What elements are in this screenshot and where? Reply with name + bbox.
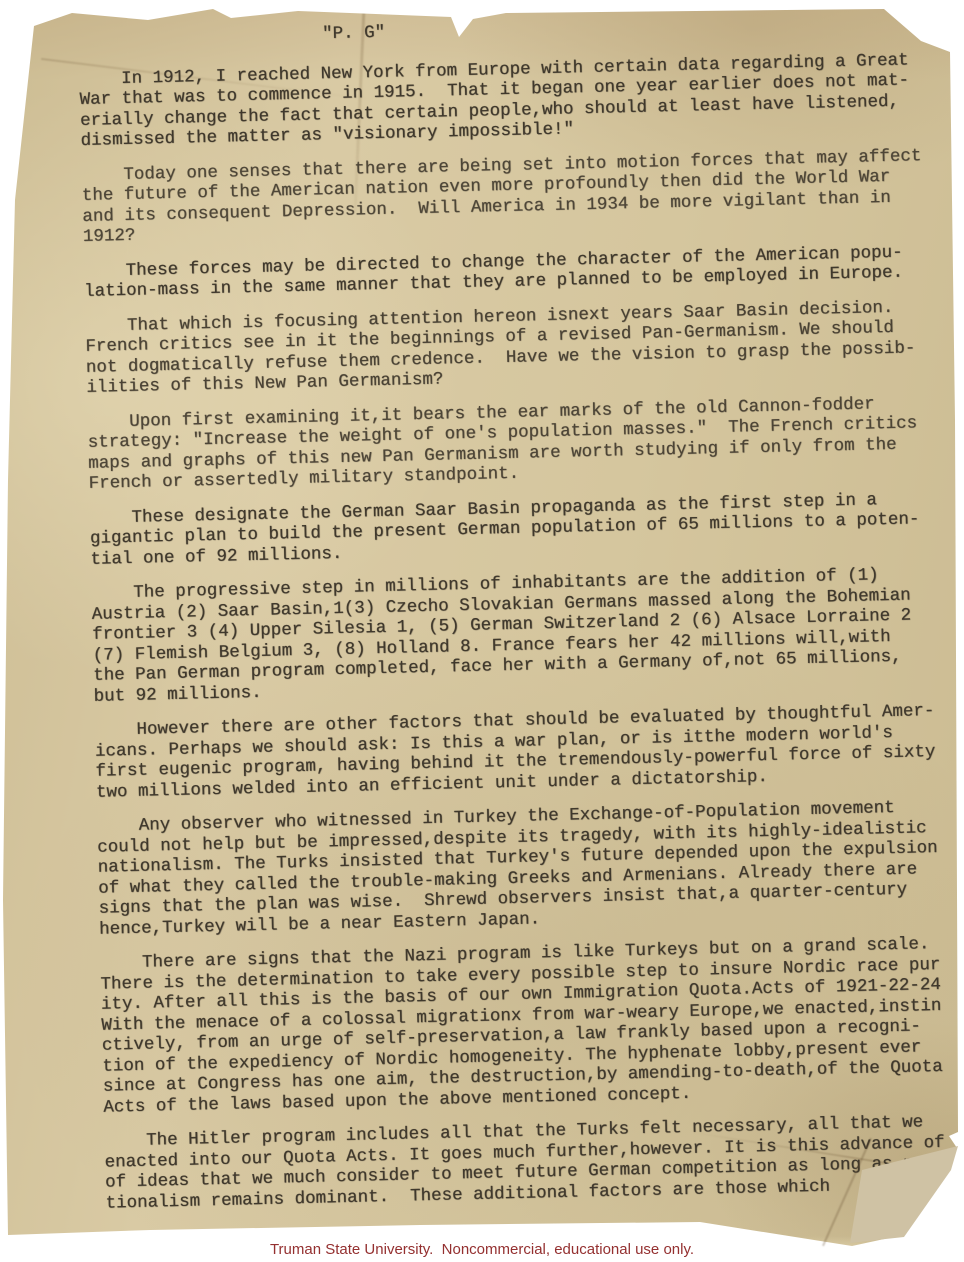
paragraph: Upon first examining it,it bears the ear… xyxy=(87,392,964,495)
document-body: In 1912, I reached New York from Europe … xyxy=(79,49,964,1214)
paragraph: That which is focusing attention hereon … xyxy=(85,296,964,399)
paragraph: These designate the German Saar Basin pr… xyxy=(89,488,964,570)
paragraph: Today one senses that there are being se… xyxy=(81,145,963,248)
attribution-caption: Truman State University. Noncommercial, … xyxy=(0,1241,964,1261)
paragraph: These forces may be directed to change t… xyxy=(83,241,964,303)
typewritten-content: "P. G" In 1912, I reached New York from … xyxy=(78,9,964,1227)
paragraph: The Hitler program includes all that the… xyxy=(104,1111,964,1214)
paragraph: In 1912, I reached New York from Europe … xyxy=(79,49,961,152)
paragraph: Any observer who witnessed in Turkey the… xyxy=(97,796,964,940)
scanned-document-page: "P. G" In 1912, I reached New York from … xyxy=(0,0,964,1262)
paragraph: The progressive step in millions of inha… xyxy=(91,563,964,707)
paragraph: There are signs that the Nazi program is… xyxy=(100,933,964,1118)
paper-sheet: "P. G" In 1912, I reached New York from … xyxy=(0,0,964,1262)
document-title: "P. G" xyxy=(78,9,958,50)
paragraph: However there are other factors that sho… xyxy=(94,700,964,803)
